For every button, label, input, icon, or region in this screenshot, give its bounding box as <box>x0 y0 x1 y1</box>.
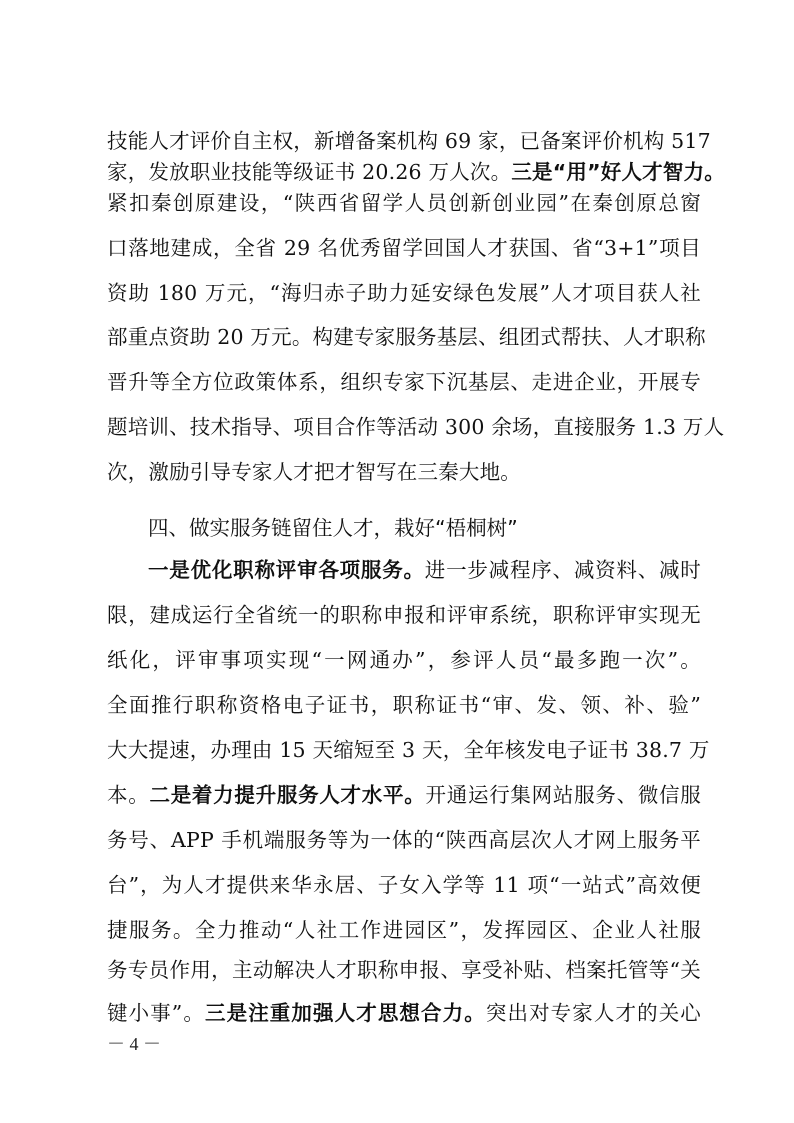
paragraph-line: 本。二是着力提升服务人才水平。开通运行集网站服务、微信服 <box>107 780 701 811</box>
text-segment: 务号、APP 手机端服务等为一体的“陕西高层次人才网上服务平 <box>107 828 701 852</box>
bold-lead-phrase: 二是着力提升服务人才水平。 <box>149 783 425 807</box>
text-segment: 大大提速，办理由 15 天缩短至 3 天，全年核发电子证书 38.7 万 <box>107 738 710 762</box>
paragraph-line: 紧扣秦创原建设，“陕西省留学人员创新创业园”在秦创原总窗 <box>107 188 701 219</box>
paragraph-line: 一是优化职称评审各项服务。进一步减程序、减资料、减时 <box>148 555 701 586</box>
text-segment: 全面推行职称资格电子证书，职称证书“审、发、领、补、验” <box>107 693 701 717</box>
paragraph-line: 纸化，评审事项实现“一网通办”，参评人员“最多跑一次”。 <box>107 645 701 676</box>
text-segment: 家，发放职业技能等级证书 20.26 万人次。 <box>107 160 511 184</box>
text-segment: 务专员作用，主动解决人才职称申报、享受补贴、档案托管等“关 <box>107 958 701 982</box>
paragraph-line: 大大提速，办理由 15 天缩短至 3 天，全年核发电子证书 38.7 万 <box>107 735 701 766</box>
text-segment: 台”，为人才提供来华永居、子女入学等 11 项“一站式”高效便 <box>107 873 701 897</box>
document-page: 技能人才评价自主权，新增备案机构 69 家，已备案评价机构 517 家，发放职业… <box>0 0 794 1123</box>
text-segment: 突出对专家人才的关心 <box>486 1001 701 1025</box>
paragraph-line: 捷服务。全力推动“人社工作进园区”，发挥园区、企业人社服 <box>107 915 701 946</box>
paragraph-line: 资助 180 万元，“海归赤子助力延安绿色发展”人才项目获人社 <box>107 278 701 309</box>
section-heading: 四、做实服务链留住人才，栽好“梧桐树” <box>148 513 518 544</box>
page-number: － 4 － <box>107 1030 161 1056</box>
text-segment: 本。 <box>107 783 149 807</box>
text-segment: 键小事”。 <box>107 1001 205 1025</box>
paragraph-line: 全面推行职称资格电子证书，职称证书“审、发、领、补、验” <box>107 690 701 721</box>
text-segment: 开通运行集网站服务、微信服 <box>426 783 702 807</box>
text-segment: 口落地建成，全省 29 名优秀留学回国人才获国、省“3+1”项目 <box>107 236 701 260</box>
text-segment: 次，激励引导专家人才把才智写在三秦大地。 <box>107 460 521 484</box>
bold-lead-phrase: 三是注重加强人才思想合力。 <box>205 1001 486 1025</box>
paragraph-line: 次，激励引导专家人才把才智写在三秦大地。 <box>107 457 701 488</box>
bold-lead-phrase: 一是优化职称评审各项服务。 <box>148 558 425 582</box>
text-segment: 晋升等全方位政策体系，组织专家下沉基层、走进企业，开展专 <box>107 370 701 394</box>
paragraph-line: 部重点资助 20 万元。构建专家服务基层、组团式帮扶、人才职称 <box>107 322 701 353</box>
text-segment: 部重点资助 20 万元。构建专家服务基层、组团式帮扶、人才职称 <box>107 325 706 349</box>
paragraph-line: 务专员作用，主动解决人才职称申报、享受补贴、档案托管等“关 <box>107 955 701 986</box>
text-segment: 题培训、技术指导、项目合作等活动 300 余场，直接服务 1.3 万人 <box>107 415 724 439</box>
text-segment: 技能人才评价自主权，新增备案机构 69 家，已备案评价机构 517 <box>107 129 711 153</box>
text-segment: 限，建成运行全省统一的职称申报和评审系统，职称评审实现无 <box>107 603 701 627</box>
text-segment: 纸化，评审事项实现“一网通办”，参评人员“最多跑一次”。 <box>107 648 701 672</box>
text-segment: 资助 180 万元，“海归赤子助力延安绿色发展”人才项目获人社 <box>107 281 701 305</box>
paragraph-line: 口落地建成，全省 29 名优秀留学回国人才获国、省“3+1”项目 <box>107 233 701 264</box>
paragraph-line: 题培训、技术指导、项目合作等活动 300 余场，直接服务 1.3 万人 <box>107 412 701 443</box>
paragraph-line: 键小事”。三是注重加强人才思想合力。突出对专家人才的关心 <box>107 998 701 1029</box>
paragraph-line: 家，发放职业技能等级证书 20.26 万人次。三是“用”好人才智力。 <box>107 157 701 188</box>
paragraph-line: 晋升等全方位政策体系，组织专家下沉基层、走进企业，开展专 <box>107 367 701 398</box>
text-segment: 紧扣秦创原建设，“陕西省留学人员创新创业园”在秦创原总窗 <box>107 191 701 215</box>
paragraph-line: 技能人才评价自主权，新增备案机构 69 家，已备案评价机构 517 <box>107 126 701 157</box>
bold-lead-phrase: 三是“用”好人才智力。 <box>511 160 725 184</box>
text-segment: 捷服务。全力推动“人社工作进园区”，发挥园区、企业人社服 <box>107 918 701 942</box>
paragraph-line: 台”，为人才提供来华永居、子女入学等 11 项“一站式”高效便 <box>107 870 701 901</box>
text-segment: 进一步减程序、减资料、减时 <box>425 558 701 582</box>
paragraph-line: 限，建成运行全省统一的职称申报和评审系统，职称评审实现无 <box>107 600 701 631</box>
paragraph-line: 务号、APP 手机端服务等为一体的“陕西高层次人才网上服务平 <box>107 825 701 856</box>
